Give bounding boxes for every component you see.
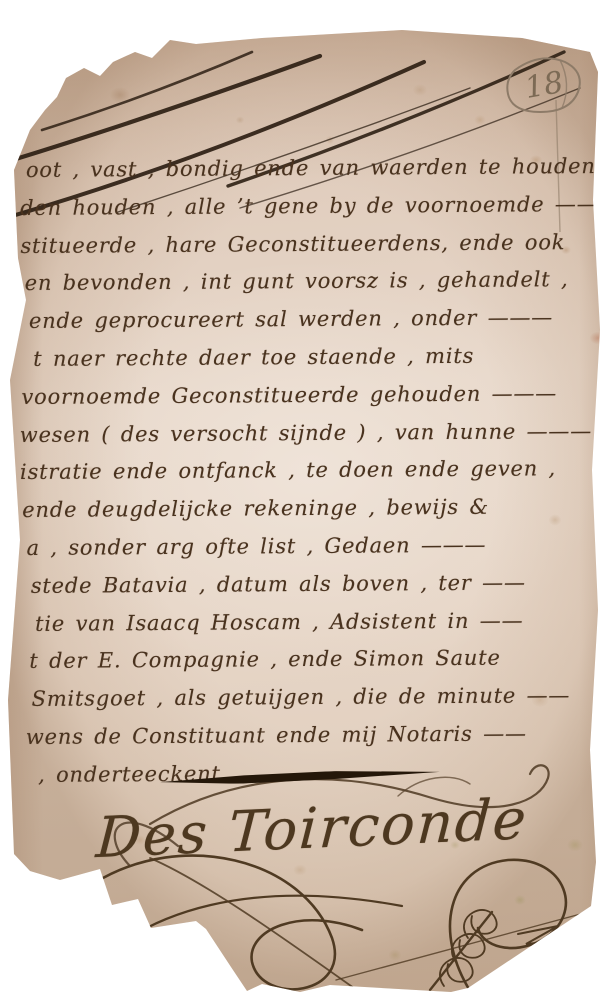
manuscript-line: a , sonder arg ofte list , Gedaen ——— xyxy=(26,526,592,568)
scanned-manuscript: 18 oot , vast , bondig ende van waerden … xyxy=(0,0,616,1000)
manuscript-line: voornoemde Geconstitueerde gehouden ——— xyxy=(21,375,591,417)
manuscript-line: istratie ende ontfanck , te doen ende ge… xyxy=(20,450,592,492)
manuscript-line: stede Batavia , datum als boven , ter —— xyxy=(31,564,593,606)
manuscript-line: den houden , alle ’t gene by de voornoem… xyxy=(20,186,590,228)
manuscript-line: en bevonden , int gunt voorsz is , gehan… xyxy=(25,261,591,303)
manuscript-line: t der E. Compagnie , ende Simon Saute xyxy=(29,639,593,681)
manuscript-line: ende geprocureert sal werden , onder ——— xyxy=(29,299,591,341)
manuscript-line: stitueerde , hare Geconstitueerdens, end… xyxy=(20,224,590,266)
manuscript-text: oot , vast , bondig ende van waerden te … xyxy=(18,148,594,795)
manuscript-line: t naer rechte daer toe staende , mits xyxy=(33,337,591,379)
manuscript-page: 18 oot , vast , bondig ende van waerden … xyxy=(0,0,616,1000)
manuscript-line: wens de Constituant ende mij Notaris —— xyxy=(26,715,594,757)
manuscript-line: wesen ( des versocht sijnde ) , van hunn… xyxy=(20,413,592,455)
paraph-flourishes xyxy=(72,856,588,998)
manuscript-line: ende deugdelijcke rekeninge , bewijs & xyxy=(22,488,592,530)
manuscript-line: oot , vast , bondig ende van waerden te … xyxy=(26,148,590,190)
manuscript-line: tie van Isaacq Hoscam , Adsistent in —— xyxy=(35,602,593,644)
manuscript-line: Smitsgoet , als getuijgen , die de minut… xyxy=(31,677,593,719)
folio-number-text: 18 xyxy=(522,64,566,105)
